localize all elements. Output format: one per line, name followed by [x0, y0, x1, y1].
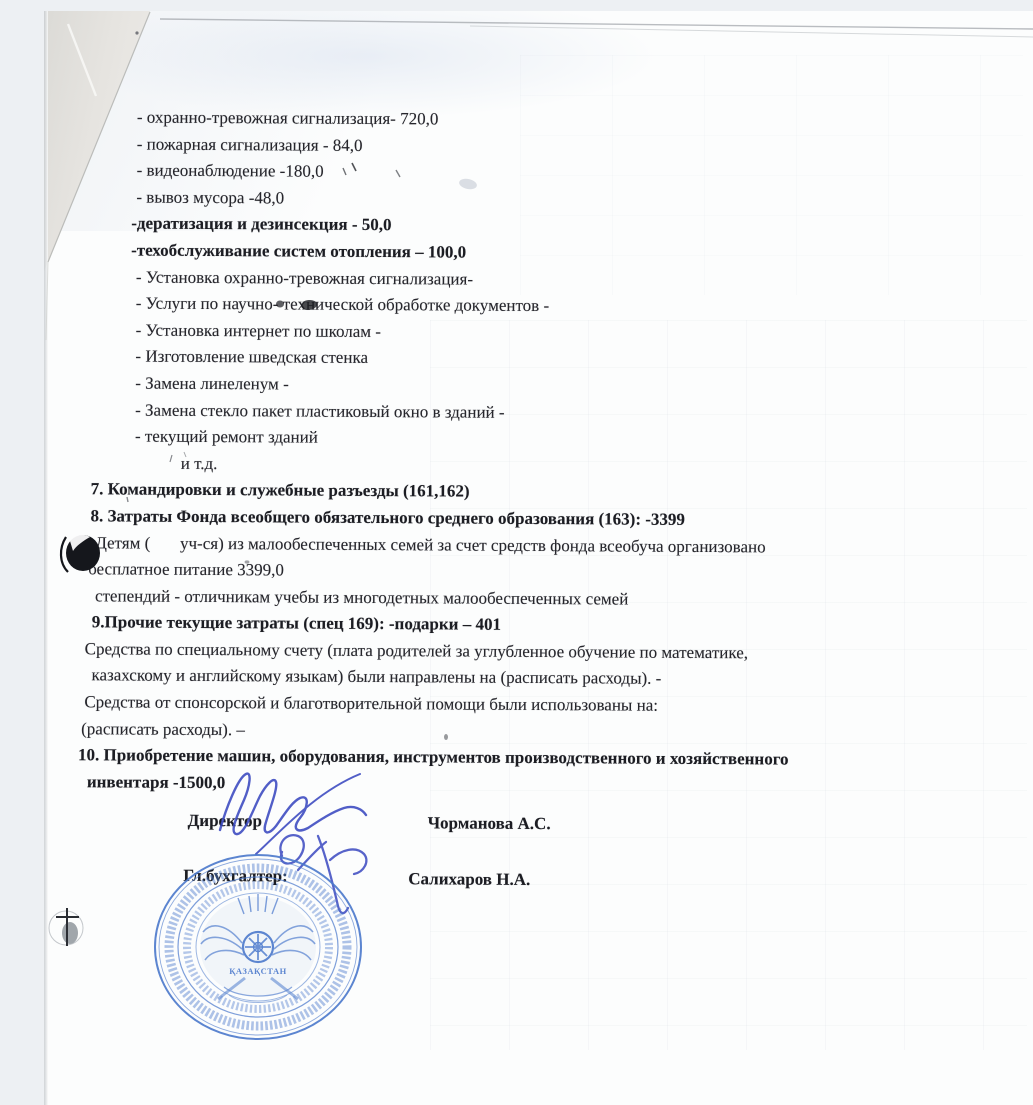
accountant-name: Салихаров Н.А. — [408, 869, 530, 890]
director-name: Чорманова А.С. — [428, 813, 551, 834]
director-label: Директор — [188, 811, 262, 831]
scanned-document: - охранно-тревожная сигнализация- 720,0 … — [0, 0, 1033, 1105]
document-text: - охранно-тревожная сигнализация- 720,0 … — [39, 104, 1005, 1100]
expense-line: - текущий ремонт зданий — [135, 424, 1003, 456]
accountant-label: Гл.бухгалтер: — [183, 866, 288, 887]
section-10-text: инвентаря -1500,0 — [87, 769, 1001, 801]
